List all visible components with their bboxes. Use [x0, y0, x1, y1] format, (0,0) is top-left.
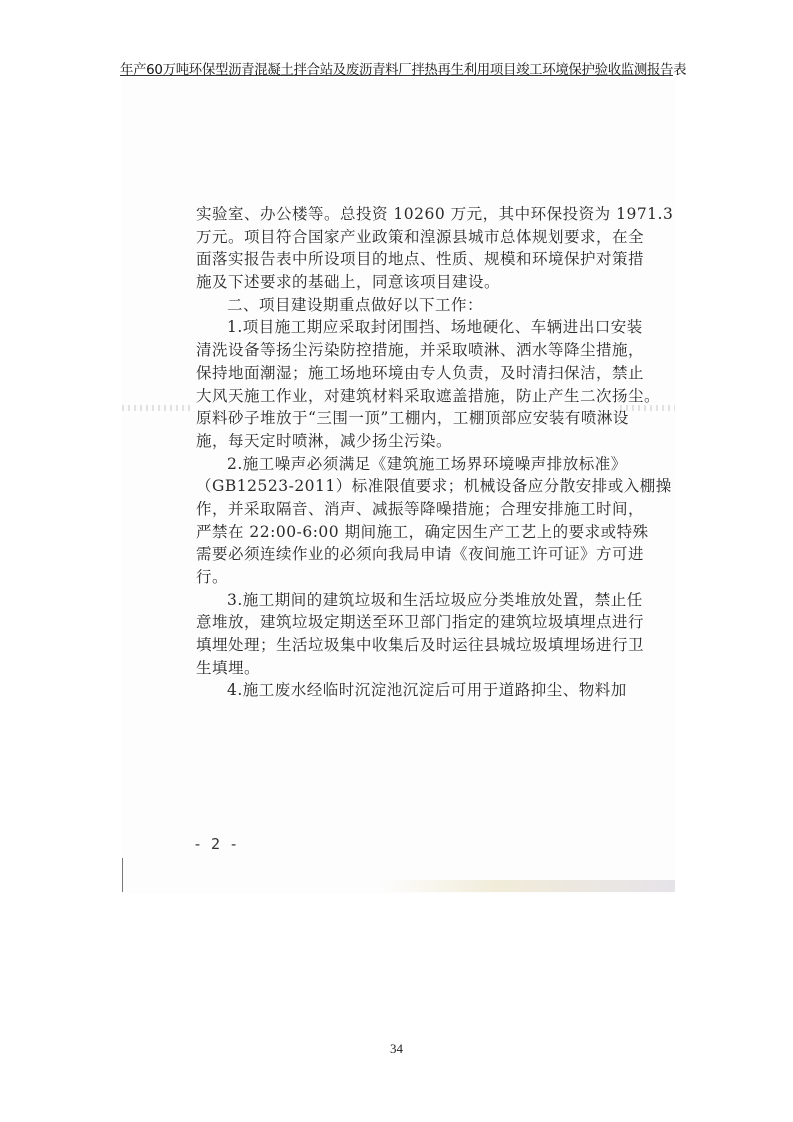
- text-line: 清洗设备等扬尘污染防控措施，并采取喷淋、洒水等降尘措施，: [196, 339, 666, 362]
- text-line: 2.施工噪声必须满足《建筑施工场界环境噪声排放标准》: [196, 453, 666, 476]
- text-line: 实验室、办公楼等。总投资 10260 万元，其中环保投资为 1971.3: [196, 203, 666, 226]
- text-line: 施，每天定时喷淋，减少扬尘污染。: [196, 430, 666, 453]
- text-line: 填埋处理；生活垃圾集中收集后及时运往县城垃圾填埋场进行卫: [196, 634, 666, 657]
- text-line: 保持地面潮湿；施工场地环境由专人负责，及时清扫保洁，禁止: [196, 362, 666, 385]
- text-line: 施及下述要求的基础上，同意该项目建设。: [196, 271, 666, 294]
- text-line: 需要必须连续作业的必须向我局申请《夜间施工许可证》方可进: [196, 543, 666, 566]
- scan-bottom-shadow: [380, 880, 675, 892]
- inner-page-mark: - 2 -: [193, 835, 238, 853]
- text-line: 严禁在 22:00-6:00 期间施工，确定因生产工艺上的要求或特殊: [196, 521, 666, 544]
- text-line: 生填埋。: [196, 657, 666, 680]
- text-line: 3.施工期间的建筑垃圾和生活垃圾应分类堆放处置，禁止任: [196, 589, 666, 612]
- header-divider: [120, 75, 673, 76]
- text-line: 大风天施工作业，对建筑材料采取遮盖措施，防止产生二次扬尘。: [196, 385, 666, 408]
- text-line: 原料砂子堆放于“三围一顶”工棚内，工棚顶部应安装有喷淋设: [196, 407, 666, 430]
- section-heading: 二、项目建设期重点做好以下工作：: [196, 294, 666, 317]
- text-line: 意堆放，建筑垃圾定期送至环卫部门指定的建筑垃圾填埋点进行: [196, 611, 666, 634]
- text-line: 1.项目施工期应采取封闭围挡、场地硬化、车辆进出口安装: [196, 316, 666, 339]
- scan-edge-line: [122, 858, 123, 892]
- text-line: （GB12523-2011）标准限值要求；机械设备应分散安排或入棚操: [196, 475, 666, 498]
- page-number: 34: [0, 1041, 793, 1057]
- text-line: 4.施工废水经临时沉淀池沉淀后可用于道路抑尘、物料加: [196, 679, 666, 702]
- scan-noise-left: [122, 405, 192, 411]
- text-line: 作，并采取隔音、消声、减振等降噪措施；合理安排施工时间，: [196, 498, 666, 521]
- document-body: 实验室、办公楼等。总投资 10260 万元，其中环保投资为 1971.3 万元。…: [196, 203, 666, 702]
- text-line: 行。: [196, 566, 666, 589]
- text-line: 万元。项目符合国家产业政策和湟源县城市总体规划要求，在全: [196, 226, 666, 249]
- text-line: 面落实报告表中所设项目的地点、性质、规模和环境保护对策措: [196, 248, 666, 271]
